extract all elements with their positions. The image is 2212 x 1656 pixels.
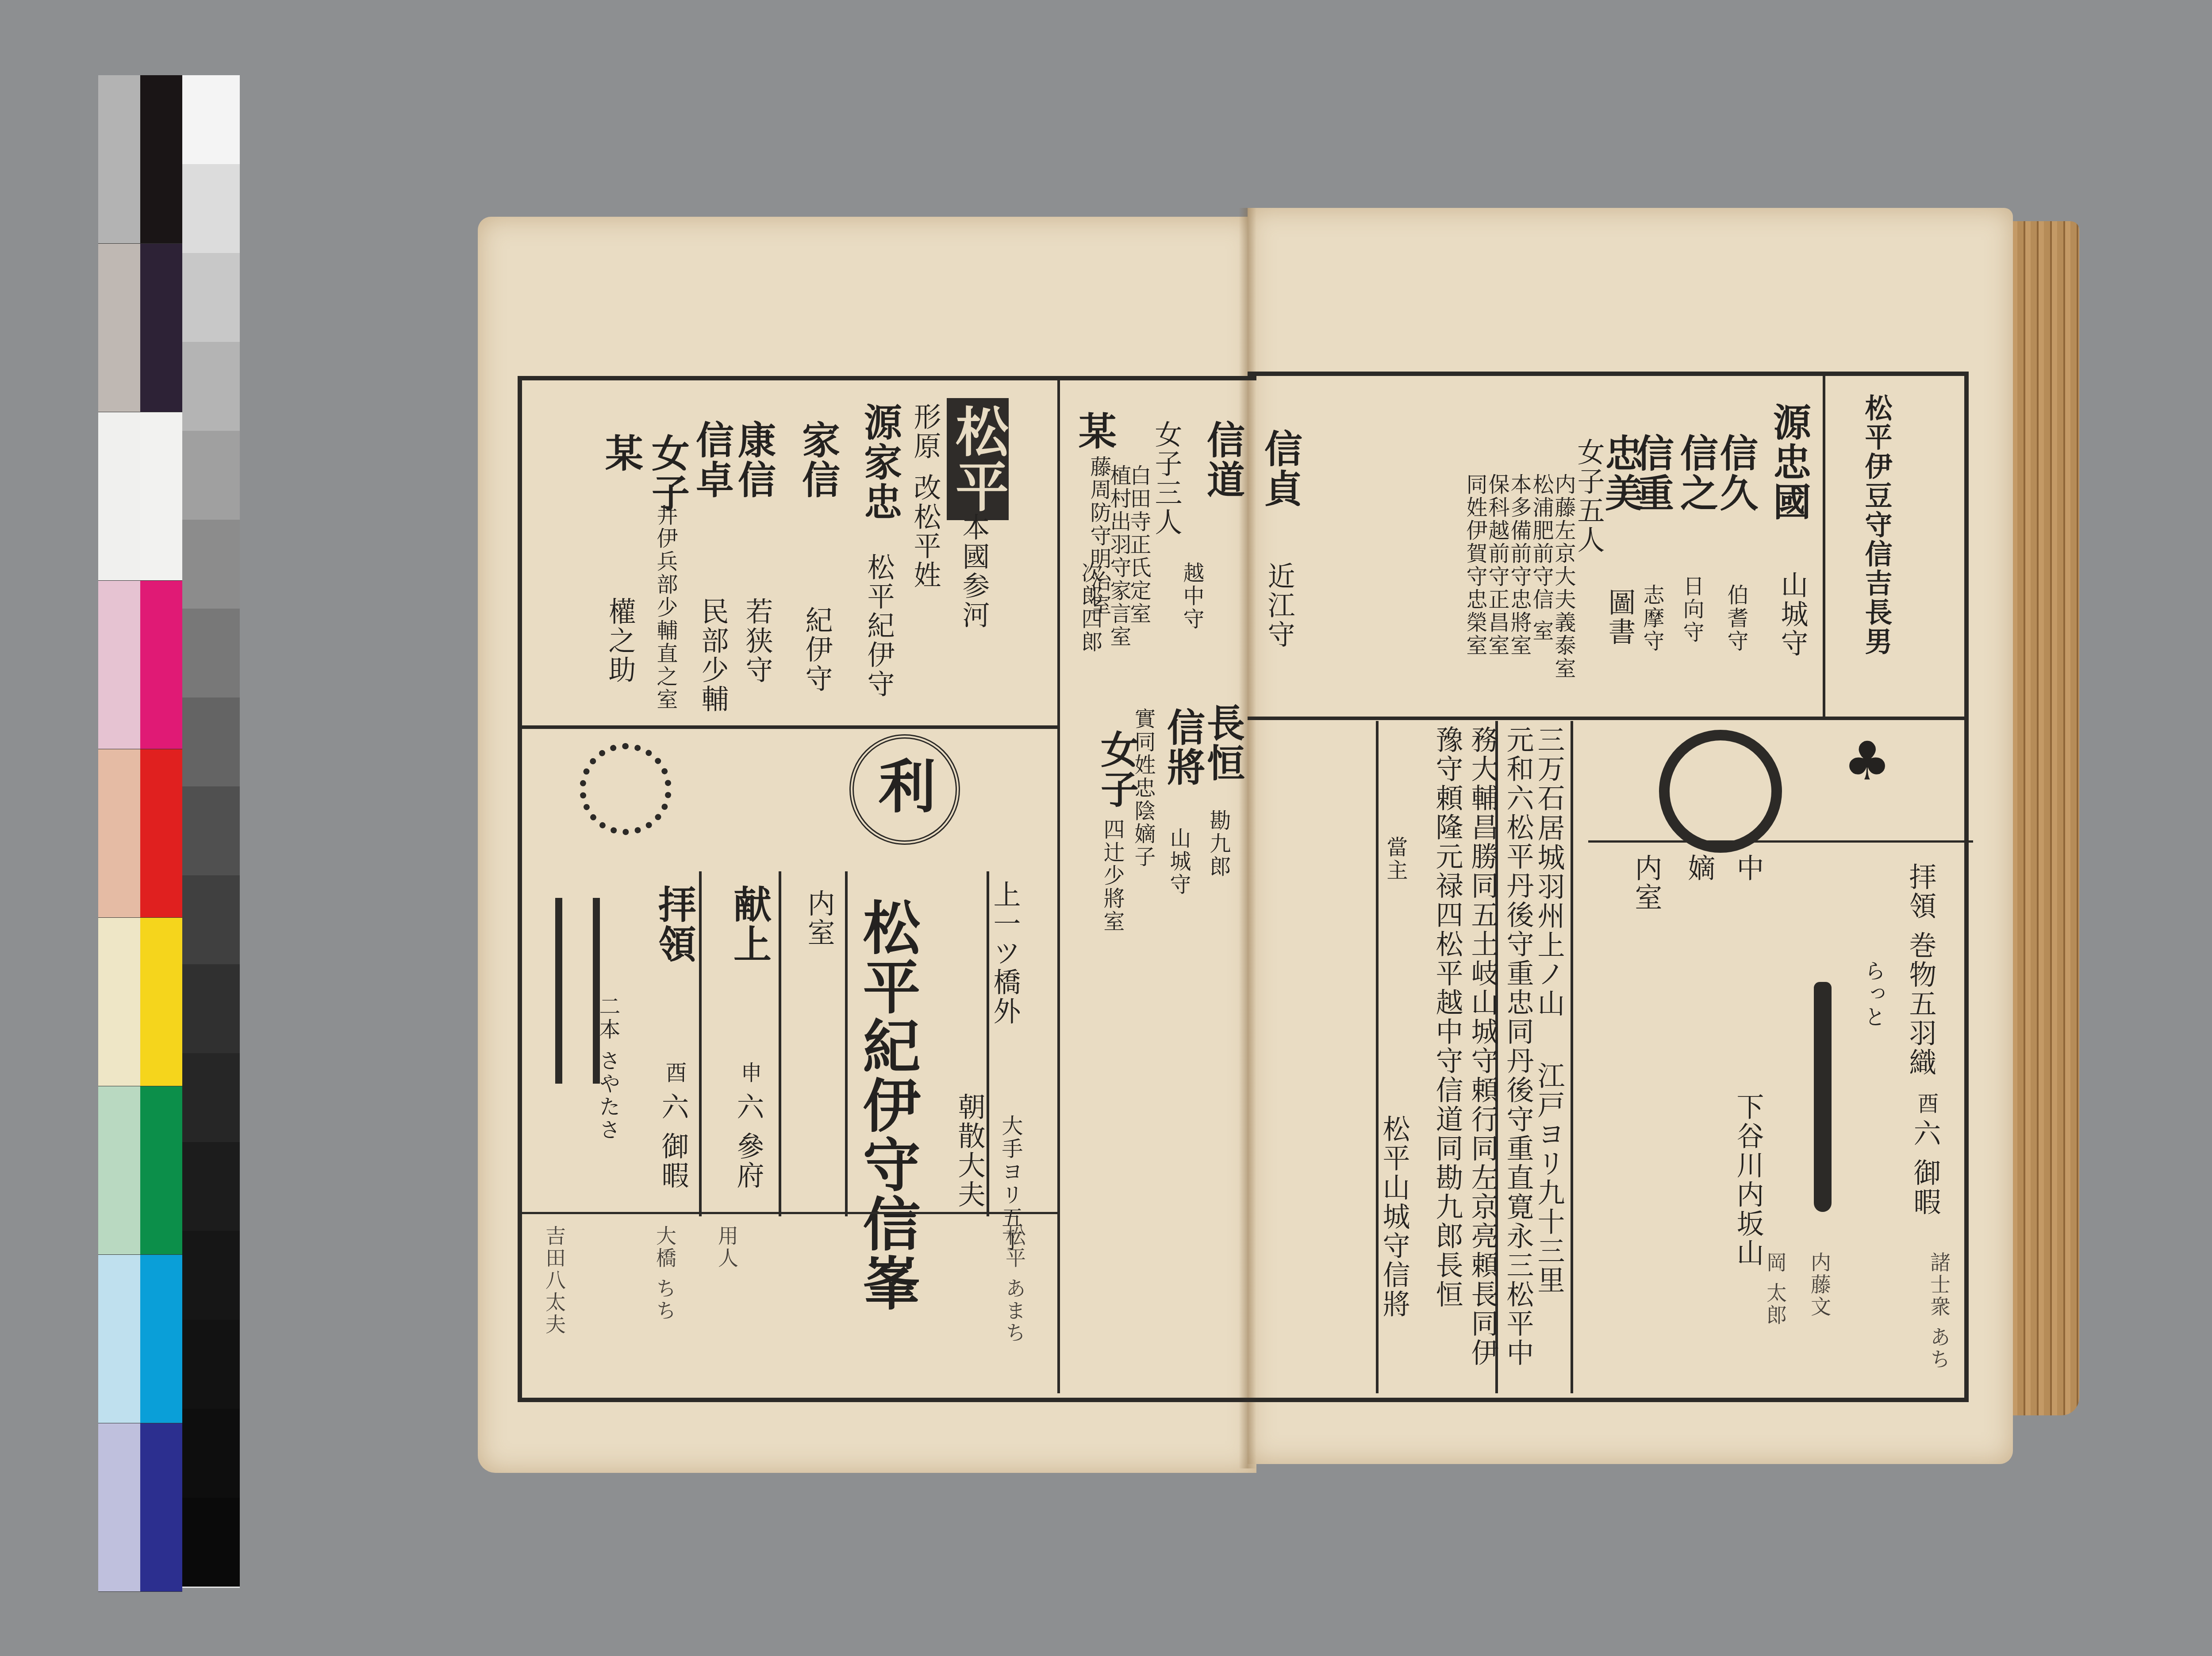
spouse-note: 内藤左京大夫義泰室 — [1553, 473, 1574, 680]
lineage-name: 信卓 — [692, 420, 730, 500]
color-target-grayscale — [182, 75, 240, 1587]
column-label: 嫡 — [1686, 854, 1713, 883]
column-label: 内室 — [1632, 854, 1660, 912]
color-patch — [98, 75, 140, 244]
color-patch — [140, 1423, 182, 1592]
color-patch — [98, 1423, 140, 1592]
color-patch — [182, 1142, 240, 1231]
lineage-name: 源家忠 — [860, 402, 899, 522]
lineage-name: 女子三人 — [1152, 420, 1180, 537]
footer-note: 内藤文 — [1809, 1252, 1830, 1318]
court-rank: 朝散大夫 — [956, 1092, 983, 1209]
lineage-title: 近江守 — [1265, 562, 1293, 649]
lineage-name: 源忠國 — [1770, 402, 1808, 522]
color-patch — [140, 581, 182, 749]
lineage-title: 四辻少將室 — [1102, 818, 1123, 933]
footer-note: 大橋 ちち — [655, 1225, 675, 1322]
lineage-title: 民部少輔 — [699, 597, 726, 714]
page-heading: 松平伊豆守信吉長男 — [1863, 394, 1890, 656]
footer-note: 岡 太郎 — [1765, 1252, 1786, 1326]
color-patch — [98, 749, 140, 918]
left-inner-divider — [1057, 380, 1060, 1393]
tomoe-crest-icon — [1659, 730, 1782, 853]
spouse-note: 藤周防守明治室 — [1088, 456, 1110, 617]
banner-icon — [1814, 982, 1832, 1212]
residence: 上一ツ橋外 — [991, 880, 1018, 1026]
lineage-title: 勘九郎 — [1208, 809, 1229, 878]
lineage-name: 某 — [1075, 411, 1113, 451]
lineage-title: 權之助 — [606, 597, 634, 685]
castle: 居城羽州上ノ山 — [1535, 814, 1563, 1018]
color-patch — [182, 786, 240, 875]
column-label: 中 — [1734, 854, 1762, 883]
lineage-title: 志摩守 — [1641, 584, 1663, 653]
chrysanthemum-crest-icon — [580, 743, 672, 835]
spouse-note: 保科越前守正昌室 — [1486, 473, 1508, 657]
color-target-column-saturated — [140, 75, 182, 1592]
current-lord: 松平山城守信將 — [1380, 1115, 1408, 1319]
family-name-badge: 松平 — [947, 398, 1009, 520]
lineage-title: 紀伊守 — [803, 606, 830, 694]
color-patch — [140, 412, 182, 581]
lineage-name: 某 — [602, 433, 640, 473]
lineage-title: 越中守 — [1181, 562, 1202, 631]
footer-divider — [522, 1212, 1057, 1214]
lineage-name: 信道 — [1203, 420, 1241, 500]
column-divider — [699, 871, 702, 1216]
lineage-name: 家信 — [799, 420, 837, 500]
lineage-title: 山城守 — [1168, 827, 1189, 896]
column-divider — [1571, 721, 1573, 1393]
crest-divider — [1588, 840, 1973, 843]
color-patch — [98, 918, 140, 1086]
right-divider — [1248, 717, 1969, 720]
color-patch — [98, 244, 140, 412]
history-line: 元和六松平丹後守重忠同丹後守重直寛永三松平中 — [1504, 725, 1532, 1368]
column-label: 内室 — [805, 889, 833, 947]
paulownia-crest-icon: ♣ — [1840, 730, 1893, 794]
clan-note-2: 改松平姓 — [911, 473, 939, 590]
color-calibration-target — [98, 75, 240, 1588]
month-label: 酉 — [664, 1062, 685, 1085]
history-line: 務大輔昌勝同五土岐山城守頼行同左京亮頼長同伊 — [1469, 725, 1496, 1368]
column-divider — [779, 871, 781, 1216]
column-item: 六 參府 — [734, 1092, 762, 1191]
lineage-title: 山城守 — [1778, 571, 1806, 658]
color-patch — [98, 412, 140, 581]
color-patch — [182, 1320, 240, 1409]
color-patch — [140, 918, 182, 1086]
color-patch — [140, 1086, 182, 1255]
lineage-name: 忠美 — [1601, 433, 1640, 513]
color-patch — [182, 875, 240, 964]
column-label: 拝領 巻物五羽織 — [1907, 862, 1934, 1077]
lineage-name: 信貞 — [1261, 429, 1299, 509]
open-book: 松平 本國参河 形原 改松平姓 源家忠 松平紀伊守 家信 紀伊守 康信 若狭守 … — [469, 208, 2062, 1468]
lineage-title: 井伊兵部少輔直之室 — [655, 504, 676, 711]
lineage-name: 信久 — [1717, 433, 1755, 513]
column-divider — [845, 871, 848, 1216]
lineage-title: 松平紀伊守 — [865, 553, 892, 699]
spouse-note: 同姓伊賀守忠榮室 — [1464, 473, 1486, 657]
province-label: 本國参河 — [960, 513, 987, 630]
lineage-title: 日向守 — [1681, 575, 1702, 644]
color-patch — [182, 253, 240, 342]
footer-note: 松平 あまち — [1004, 1225, 1025, 1344]
spouse-note: 植村出羽守家言室 — [1108, 464, 1129, 648]
color-patch — [98, 1086, 140, 1255]
lineage-title: 圖書 — [1606, 588, 1633, 647]
clan-note: 形原 — [911, 402, 939, 461]
history-line: 豫守頼隆元禄四松平越中守信道同勘九郎長恒 — [1433, 725, 1461, 1309]
color-patch — [140, 75, 182, 244]
month-label: 申 — [739, 1062, 760, 1085]
month-label: 酉 — [1916, 1092, 1937, 1115]
lineage-name: 女子 — [648, 433, 686, 513]
color-target-column-pastel — [98, 75, 140, 1592]
color-patch — [182, 75, 240, 164]
color-patch — [182, 1053, 240, 1142]
column-item: 六 御暇 — [1911, 1119, 1939, 1217]
location-note: 下谷川内坂山 — [1734, 1092, 1762, 1268]
column-label: 拝領 — [655, 885, 693, 964]
spear-label: 二本 さやたさ — [597, 995, 618, 1142]
lineage-name: 康信 — [734, 420, 772, 500]
color-patch — [182, 164, 240, 253]
lineage-name: 信之 — [1677, 433, 1715, 513]
color-patch — [182, 1498, 240, 1587]
color-patch — [182, 698, 240, 786]
left-divider — [518, 725, 1057, 729]
color-patch — [182, 520, 240, 609]
color-patch — [140, 244, 182, 412]
color-patch — [182, 1231, 240, 1320]
distance: 江戸ヨリ九十三里 — [1535, 1062, 1563, 1295]
color-patch — [98, 1255, 140, 1423]
color-patch — [182, 609, 240, 698]
color-patch — [182, 431, 240, 520]
color-patch — [182, 342, 240, 431]
ri-character-crest-icon: 利 — [849, 734, 960, 845]
color-patch — [182, 1409, 240, 1498]
color-patch — [98, 581, 140, 749]
current-label: 當主 — [1385, 836, 1406, 882]
color-patch — [182, 964, 240, 1053]
spouse-note: 本多備前守忠將室 — [1509, 473, 1530, 657]
crest-character: 利 — [874, 756, 931, 816]
lineage-title: 伯耆守 — [1725, 584, 1747, 653]
lineage-name: 女子 — [1097, 730, 1135, 809]
color-patch — [140, 749, 182, 918]
spouse-note: 松浦肥前守信 室 — [1531, 473, 1552, 643]
heading-divider — [1823, 376, 1825, 717]
column-item: 六 御暇 — [659, 1092, 687, 1191]
lineage-name: 信將 — [1164, 708, 1202, 787]
spear-icon — [555, 898, 562, 1084]
footer-note: 用人 — [717, 1225, 737, 1269]
stipend: 三万石 — [1535, 725, 1563, 813]
lineage-title: 若狭守 — [743, 597, 771, 685]
lord-name: 松平紀伊守信峯 — [858, 898, 916, 1313]
lineage-name: 女子五人 — [1575, 438, 1602, 555]
column-divider — [987, 871, 989, 1216]
footer-note: 吉田八太夫 — [544, 1225, 565, 1336]
column-label: 献上 — [730, 885, 768, 964]
spear-label: らっと — [1863, 960, 1884, 1029]
color-patch — [140, 1255, 182, 1423]
spouse-note: 白田寺正氏定室 — [1128, 464, 1149, 625]
footer-note: 諸士衆 あち — [1929, 1252, 1949, 1371]
lineage-name: 長恒 — [1203, 703, 1241, 783]
